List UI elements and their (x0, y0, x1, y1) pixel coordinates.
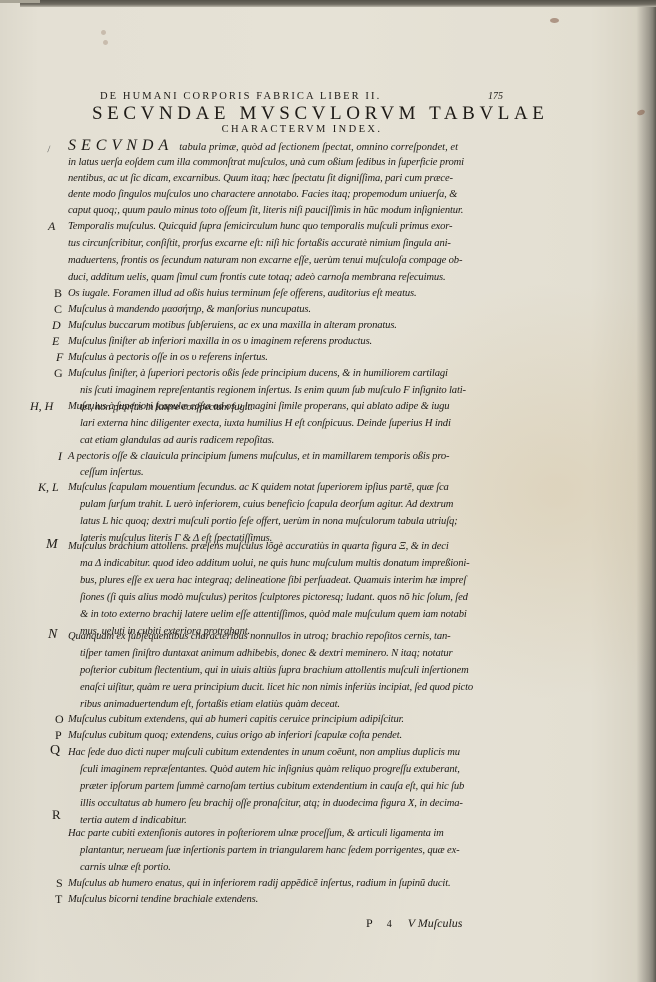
entry-key-s: S (56, 877, 63, 890)
entry-s-line: Muſculus ab humero enatus, qui in inferi… (68, 877, 451, 890)
intro-line: in latus uerſa eoſdem cum illa commonſtr… (68, 156, 464, 169)
entry-a-line: maduertens, frontis os ſecundum naturam … (68, 254, 462, 267)
entry-key-a: A (48, 220, 55, 233)
entry-h-line: lari externa hinc diligenter execta, iux… (80, 417, 451, 430)
entry-key-e: E (52, 335, 59, 348)
page-number: 175 (488, 91, 503, 102)
catchword: V Muſculus (408, 916, 463, 930)
entry-key-b: B (54, 287, 62, 300)
entry-a-line: tus circunſcribitur, conſiſtit, prorſus … (68, 237, 451, 250)
entry-key-t: T (55, 893, 62, 906)
intro-lead: SECVNDA (68, 137, 173, 154)
page-title: SECVNDAE MVSCVLORVM TABVLAE (92, 103, 512, 125)
entry-g-line: Muſculus ſiniſter, à ſuperiori pectoris … (68, 367, 448, 380)
entry-f-line: Muſculus à pectoris oſſe in os υ referen… (68, 351, 268, 364)
entry-b-line: Os iugale. Foramen illud ad oßis huius t… (68, 287, 417, 300)
catchword-line: P4V Muſculus (366, 916, 462, 931)
entry-o-line: Muſculus cubitum extendens, qui ab humer… (68, 713, 404, 726)
entry-h-line: cat etiam glandulas ad auris radicem rep… (80, 434, 274, 447)
entry-n-line: Quanquam ex ſubſequentibus characteribus… (68, 630, 451, 643)
entry-key-c: C (54, 303, 62, 316)
entry-m-line: ſiones (ſi quis alius modò muſculus) per… (80, 591, 468, 604)
entry-key-d: D (52, 319, 61, 332)
entry-key-r: R (52, 808, 61, 821)
entry-r-line: Hac parte cubiti extenſionis autores in … (68, 827, 444, 840)
entry-m-line: bus, plures eſſe ex uera hac integraq; d… (80, 574, 466, 587)
entry-m-line: & in toto externo brachij latere uelim e… (80, 608, 467, 621)
entry-g-line: nis ſcuti imaginem repreſentantis region… (80, 384, 466, 397)
entry-n-line: poſterior cubitum flectentium, qui in ui… (80, 664, 469, 677)
entry-m-line: Muſculus brachium attollens. præſens muſ… (68, 540, 449, 553)
ink-stain (103, 40, 108, 45)
entry-key-q: Q (50, 744, 60, 757)
entry-m-line: ma Δ indicabitur. quod ideo additum uolu… (80, 557, 470, 570)
entry-n-line: tiſper tamen ſiniſtro duntaxat animum ad… (80, 647, 453, 660)
intro-line: caput quoq;, quum paulo minus toto oſſeu… (68, 204, 463, 217)
signature-number: 4 (387, 919, 392, 930)
entry-c-line: Muſculus à mandendo μασσήτηρ, & manſoriu… (68, 303, 311, 316)
entry-i-line: A pectoris oſſe & clauicula principium ſ… (68, 450, 449, 463)
entry-a-line: Temporalis muſculus. Quicquid ſupra ſemi… (68, 220, 452, 233)
page-top-edge (20, 0, 656, 7)
margin-mark: \ (44, 144, 53, 154)
page-top-edge-left (0, 0, 40, 3)
entry-r-line: carnis ulnæ eſt portio. (80, 861, 171, 874)
book-page: De humani corporis fabrica liber II. 175… (0, 0, 656, 982)
entry-q-line: Hac ſede duo dicti nuper muſculi cubitum… (68, 746, 460, 759)
entry-kl-line: pulam ſurſum trahit. L uerò inferiorem, … (80, 498, 453, 511)
signature-mark: P (366, 916, 373, 930)
entry-n-line: ribus animaduertendum eſt, fortaßis etia… (80, 698, 340, 711)
entry-e-line: Muſculus ſiniſter ab inferiori maxilla i… (68, 335, 372, 348)
entry-p-line: Muſculus cubitum quoq; extendens, cuius … (68, 729, 402, 742)
running-head: De humani corporis fabrica liber II. (100, 91, 506, 102)
ink-stain (550, 18, 559, 23)
entry-key-i: I (58, 450, 62, 463)
intro-line: nentibus, ac ut ſic dicam, excarnibus. Q… (68, 172, 453, 185)
entry-r-line: plantantur, nerueam ſuæ inſertionis part… (80, 844, 460, 857)
entry-q-line: tertia autem d indicabitur. (80, 814, 187, 827)
entry-n-line: enaſci uiſitur, quàm re uera principium … (80, 681, 473, 694)
entry-key-o: O (55, 713, 64, 726)
entry-key-kl: K, L (38, 481, 59, 494)
page-right-edge (652, 7, 656, 982)
intro-first-line: SECVNDAtabula primæ, quòd ad ſectionem ſ… (68, 138, 458, 156)
entry-kl-line: Muſculus ſcapulam mouentium ſecundus. ac… (68, 481, 449, 494)
entry-q-line: illis occultatus ab humero ſeu brachij o… (80, 797, 463, 810)
ink-stain (101, 30, 106, 35)
entry-i-line: ceſſum inſertus. (80, 466, 144, 479)
intro-line: dente modo ſingulos muſculos uno charact… (68, 188, 457, 201)
intro-line: tabula primæ, quòd ad ſectionem ſpectat,… (179, 142, 458, 153)
entry-t-line: Muſculus bicorni tendine brachiale exten… (68, 893, 258, 906)
entry-key-g: G (54, 367, 63, 380)
ink-stain (636, 109, 645, 116)
entry-key-n: N (48, 628, 57, 641)
entry-key-f: F (56, 351, 63, 364)
entry-key-h: H, H (30, 400, 53, 413)
page-subtitle: CHARACTERVM INDEX. (92, 124, 512, 135)
entry-key-p: P (55, 729, 62, 742)
entry-d-line: Muſculus buccarum motibus ſubſeruiens, a… (68, 319, 397, 332)
entry-q-line: præter ipſorum partem ſummè carnoſam ter… (80, 780, 464, 793)
entry-kl-line: latus L hic quoq; dextri muſculi portio … (80, 515, 458, 528)
entry-a-line: duci, additum uelis, quam ſimul cum fron… (68, 271, 446, 284)
entry-q-line: ſculi imaginem repræſentantes. Quòd aute… (80, 763, 460, 776)
entry-h-line: Muſculus à ſuperiori ſcapulæ coſta ad os… (68, 400, 449, 413)
entry-key-m: M (46, 538, 58, 551)
